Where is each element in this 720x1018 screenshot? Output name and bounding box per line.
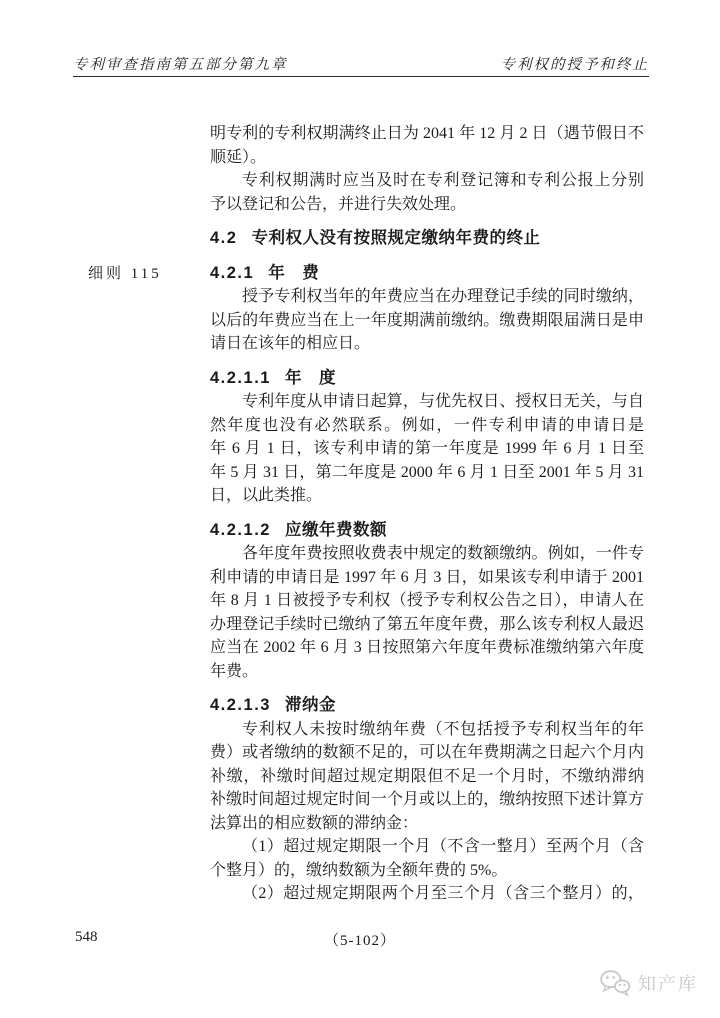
paragraph-line: 费）或者缴纳的数额不足的，可以在年费期满之日起六个月内 [210, 741, 644, 765]
paragraph-line: （1）超过规定期限一个月（不含一整月）至两个月（含两 [210, 835, 644, 859]
paragraph-line: 请日在该年的相应日。 [210, 332, 644, 356]
heading-number: 4.2.1.2 [210, 521, 271, 539]
heading-number: 4.2.1 [210, 264, 254, 282]
paragraph-line: 授予专利权当年的年费应当在办理登记手续的同时缴纳， [210, 285, 644, 309]
paragraph-line: 专利权期满时应当及时在专利登记簿和专利公报上分别 [210, 169, 644, 193]
paragraph-line: 予以登记和公告，并进行失效处理。 [210, 193, 644, 217]
page-footer: 548 （5-102） [0, 929, 720, 949]
document-body: 明专利的专利权期满终止日为 2041 年 12 月 2 日（遇节假日不顺延）。专… [210, 122, 644, 906]
document-page: 专利审查指南第五部分第九章 专利权的授予和终止 明专利的专利权期满终止日为 20… [0, 0, 720, 1018]
paragraph-line: 然年度也没有必然联系。例如，一件专利申请的申请日是 1999 [210, 414, 644, 438]
paragraph-line: 补缴时间超过规定时间一个月或以上的，缴纳按照下述计算方 [210, 788, 644, 812]
paragraph-line: 年 8 月 1 日被授予专利权（授予专利权公告之日），申请人在 [210, 589, 644, 613]
section-heading-4.2.1.2: 4.2.1.2应缴年费数额 [210, 519, 644, 543]
paragraph-line: 专利权人未按时缴纳年费（不包括授予专利权当年的年 [210, 718, 644, 742]
section-heading-4.2.1.3: 4.2.1.3滞纳金 [210, 694, 644, 718]
margin-note: 细则 115 [88, 263, 162, 287]
paragraph-line: 专利年度从申请日起算，与优先权日、授权日无关，与自 [210, 390, 644, 414]
heading-title: 年 度 [285, 369, 336, 387]
paragraph-line: 各年度年费按照收费表中规定的数额缴纳。例如，一件专 [210, 542, 644, 566]
header-right-title: 专利权的授予和终止 [501, 53, 650, 74]
section-heading-4.2: 4.2专利权人没有按照规定缴纳年费的终止 [210, 227, 644, 251]
section-page-number: （5-102） [0, 929, 720, 950]
heading-number: 4.2.1.3 [210, 696, 271, 714]
paragraph-line: （2）超过规定期限两个月至三个月（含三个整月）的，缴 [210, 882, 644, 906]
paragraph-line: 明专利的专利权期满终止日为 2041 年 12 月 2 日（遇节假日不 [210, 122, 644, 146]
running-header: 专利审查指南第五部分第九章 专利权的授予和终止 [73, 53, 649, 74]
heading-title: 年 费 [268, 264, 319, 282]
header-left-title: 专利审查指南第五部分第九章 [73, 53, 288, 74]
paragraph-line: 办理登记手续时已缴纳了第五年度年费，那么该专利权人最迟 [210, 613, 644, 637]
paragraph-line: 以后的年费应当在上一年度期满前缴纳。缴费期限届满日是申 [210, 309, 644, 333]
heading-title: 应缴年费数额 [285, 521, 387, 539]
wechat-icon [599, 969, 631, 996]
heading-number: 4.2 [210, 229, 237, 247]
section-heading-4.2.1: 细则 1154.2.1年 费 [210, 262, 644, 286]
heading-title: 滞纳金 [285, 696, 336, 714]
header-rule [73, 76, 649, 77]
section-heading-4.2.1.1: 4.2.1.1年 度 [210, 367, 644, 391]
watermark-text: 知产库 [638, 970, 698, 996]
paragraph-line: 个整月）的，缴纳数额为全额年费的 5%。 [210, 859, 644, 883]
paragraph-line: 应当在 2002 年 6 月 3 日按照第六年度年费标准缴纳第六年度 [210, 636, 644, 660]
paragraph-line: 日，以此类推。 [210, 484, 644, 508]
watermark: 知产库 [599, 969, 698, 996]
heading-number: 4.2.1.1 [210, 369, 271, 387]
heading-title: 专利权人没有按照规定缴纳年费的终止 [251, 229, 540, 247]
paragraph-line: 年 5 月 31 日，第二年度是 2000 年 6 月 1 日至 2001 年 … [210, 461, 644, 485]
paragraph-line: 利申请的申请日是 1997 年 6 月 3 日，如果该专利申请于 2001 [210, 566, 644, 590]
paragraph-line: 法算出的相应数额的滞纳金： [210, 812, 644, 836]
paragraph-line: 年 6 月 1 日，该专利申请的第一年度是 1999 年 6 月 1 日至 20… [210, 437, 644, 461]
paragraph-line: 补缴，补缴时间超过规定期限但不足一个月时，不缴纳滞纳金。 [210, 765, 644, 789]
paragraph-line: 年费。 [210, 660, 644, 684]
paragraph-line: 顺延）。 [210, 146, 644, 170]
